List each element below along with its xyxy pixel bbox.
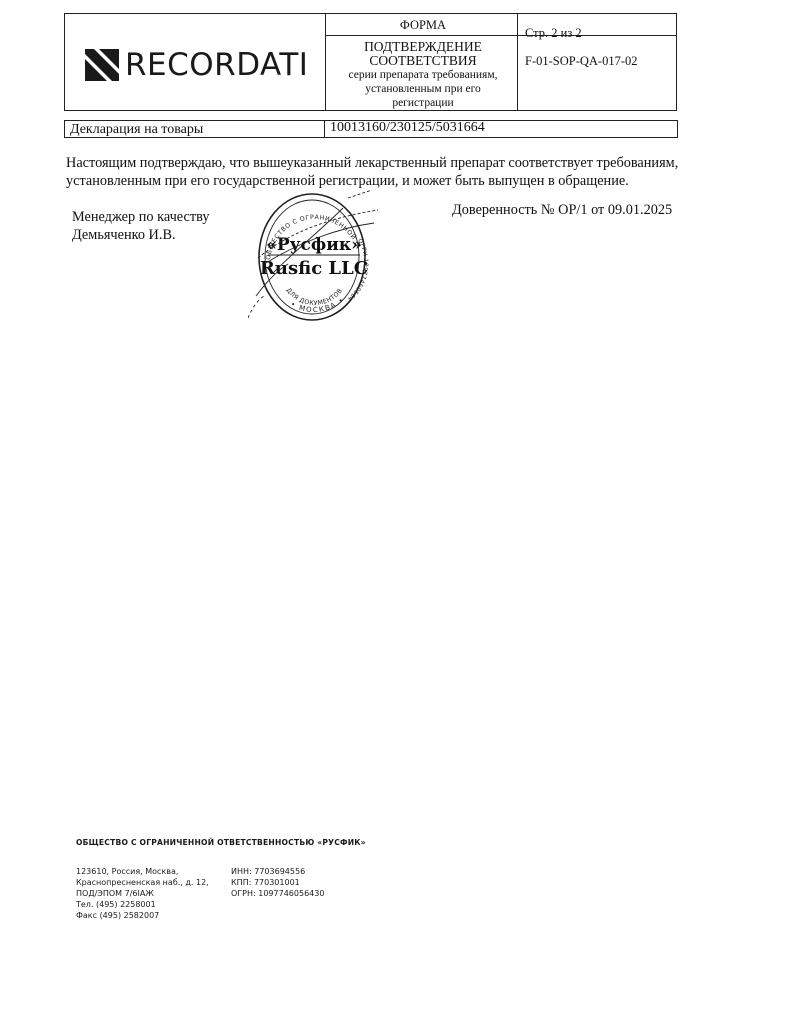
header-table: RECORDATI ФОРМА ПОДТВЕРЖДЕНИЕ СООТВЕТСТВ… (64, 13, 677, 111)
address-line: 123610, Россия, Москва, (76, 866, 209, 877)
kpp: КПП: 770301001 (231, 877, 324, 888)
recordati-logo-icon (85, 49, 119, 81)
divider (324, 121, 325, 137)
page-number: Стр. 2 из 2 (525, 26, 582, 41)
address-line: ПОД/ЭПОМ 7/6IАЖ (76, 888, 209, 899)
declaration-number: 10013160/230125/5031664 (330, 119, 485, 136)
fax: Факс (495) 2582007 (76, 910, 209, 921)
footer-company-name: ОБЩЕСТВО С ОГРАНИЧЕННОЙ ОТВЕТСТВЕННОСТЬЮ… (76, 838, 366, 847)
stamp-name-en: Rusfic LLC (260, 258, 368, 279)
form-title: ПОДТВЕРЖДЕНИЕ СООТВЕТСТВИЯ серии препара… (327, 40, 519, 110)
subtitle-line: регистрации (327, 96, 519, 110)
inn: ИНН: 7703694556 (231, 866, 324, 877)
power-of-attorney: Доверенность № OP/1 от 09.01.2025 (452, 201, 672, 219)
paragraph-line: Настоящим подтверждаю, что вышеуказанный… (66, 154, 706, 172)
divider (325, 14, 326, 110)
title-line: СООТВЕТСТВИЯ (327, 54, 519, 68)
paragraph-line: установленным при его государственной ре… (66, 172, 706, 190)
subtitle-line: серии препарата требованиям, (327, 68, 519, 82)
title-line: ПОДТВЕРЖДЕНИЕ (327, 40, 519, 54)
stamp-name-ru: «Русфик» (266, 235, 361, 255)
declaration-label: Декларация на товары (70, 121, 203, 138)
signer-block: Менеджер по качеству Демьяченко И.В. (72, 208, 209, 244)
phone: Тел. (495) 2258001 (76, 899, 209, 910)
company-stamp: ОБЩЕСТВО С ОГРАНИЧЕННОЙ ОТВЕТСТВЕННОСТЬЮ… (248, 188, 378, 328)
divider (325, 35, 676, 36)
form-label: ФОРМА (327, 18, 519, 33)
logo-text: RECORDATI (125, 47, 308, 83)
recordati-logo: RECORDATI (85, 47, 308, 83)
confirmation-paragraph: Настоящим подтверждаю, что вышеуказанный… (66, 154, 706, 190)
document-code: F-01-SOP-QA-017-02 (525, 54, 638, 69)
subtitle-line: установленным при его (327, 82, 519, 96)
footer-address: 123610, Россия, Москва, Краснопресненска… (76, 866, 209, 921)
signer-name: Демьяченко И.В. (72, 226, 209, 244)
ogrn: ОГРН: 1097746056430 (231, 888, 324, 899)
address-line: Краснопресненская наб., д. 12, (76, 877, 209, 888)
declaration-row: Декларация на товары 10013160/230125/503… (64, 120, 678, 138)
signer-title: Менеджер по качеству (72, 208, 209, 226)
footer-registration: ИНН: 7703694556 КПП: 770301001 ОГРН: 109… (231, 866, 324, 899)
